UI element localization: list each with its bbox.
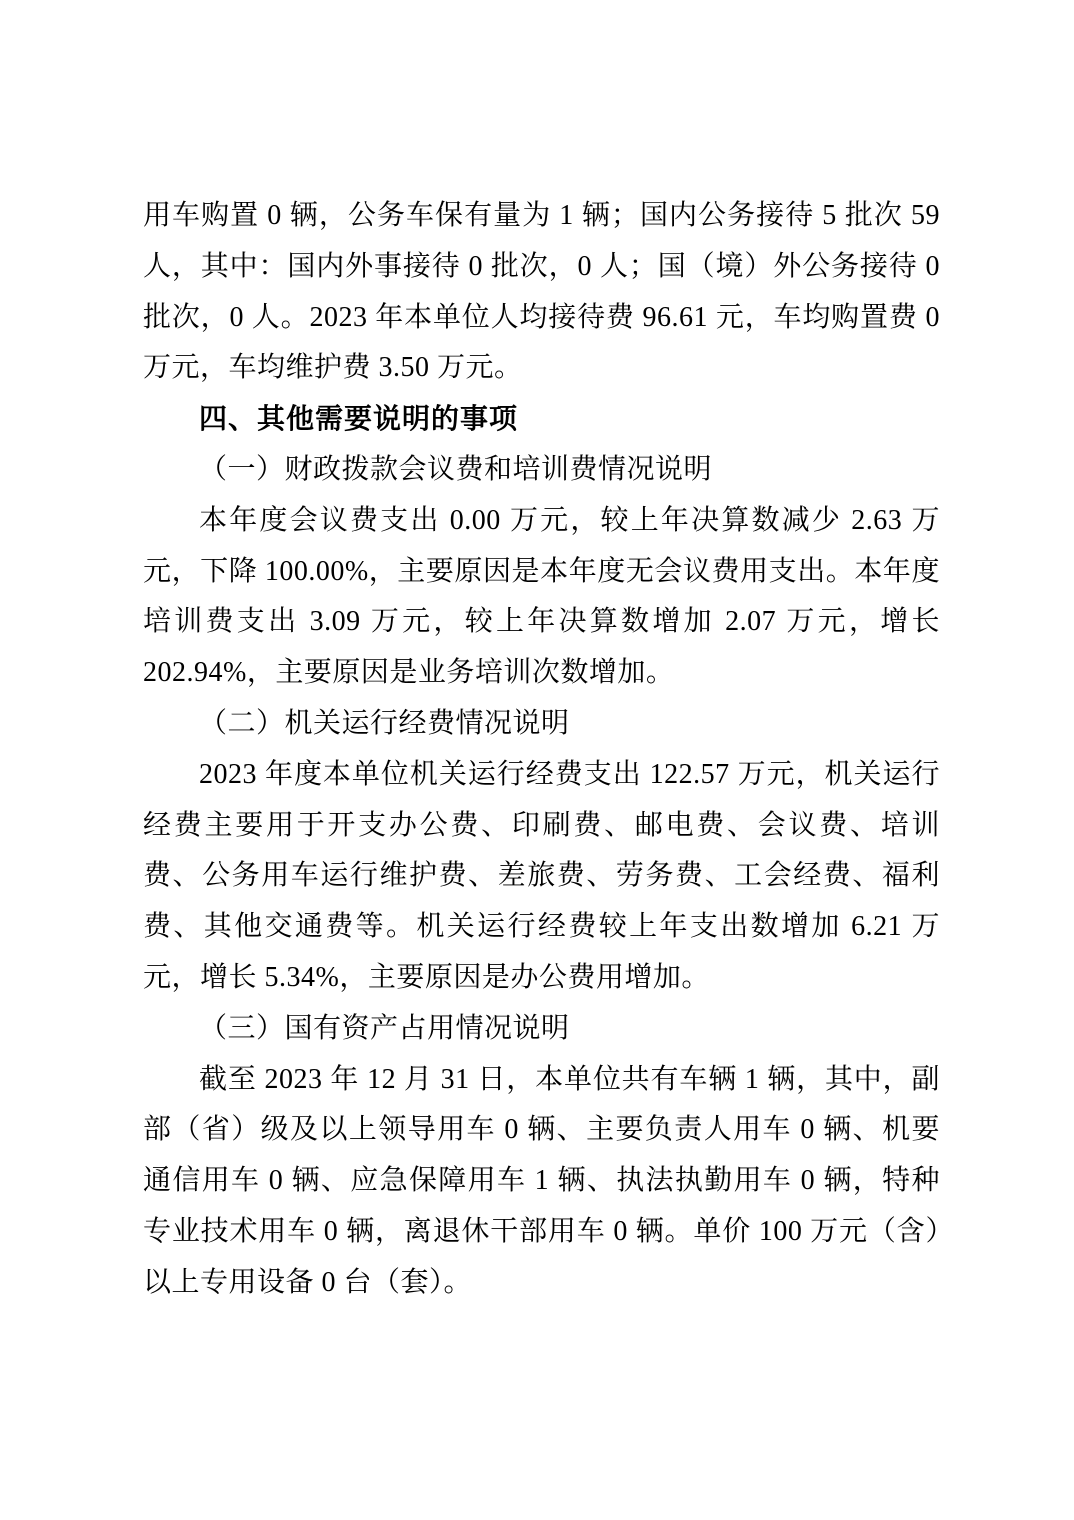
heading-sub-1-meeting-training-fees: （一）财政拨款会议费和培训费情况说明 bbox=[143, 445, 940, 496]
paragraph-vehicle-reception-stats: 用车购置 0 辆，公务车保有量为 1 辆；国内公务接待 5 批次 59 人，其中… bbox=[143, 191, 940, 394]
heading-sub-2-operating-expenses: （二）机关运行经费情况说明 bbox=[143, 699, 940, 750]
paragraph-state-assets: 截至 2023 年 12 月 31 日，本单位共有车辆 1 辆，其中，副部（省）… bbox=[143, 1055, 940, 1309]
paragraph-operating-expenses: 2023 年度本单位机关运行经费支出 122.57 万元，机关运行经费主要用于开… bbox=[143, 750, 940, 1004]
document-body: 用车购置 0 辆，公务车保有量为 1 辆；国内公务接待 5 批次 59 人，其中… bbox=[143, 191, 940, 1309]
document-page: 用车购置 0 辆，公务车保有量为 1 辆；国内公务接待 5 批次 59 人，其中… bbox=[0, 0, 1074, 1520]
heading-sub-3-state-assets: （三）国有资产占用情况说明 bbox=[143, 1004, 940, 1055]
paragraph-meeting-training-fees: 本年度会议费支出 0.00 万元，较上年决算数减少 2.63 万元，下降 100… bbox=[143, 496, 940, 699]
heading-section-4-other-matters: 四、其他需要说明的事项 bbox=[143, 394, 940, 445]
